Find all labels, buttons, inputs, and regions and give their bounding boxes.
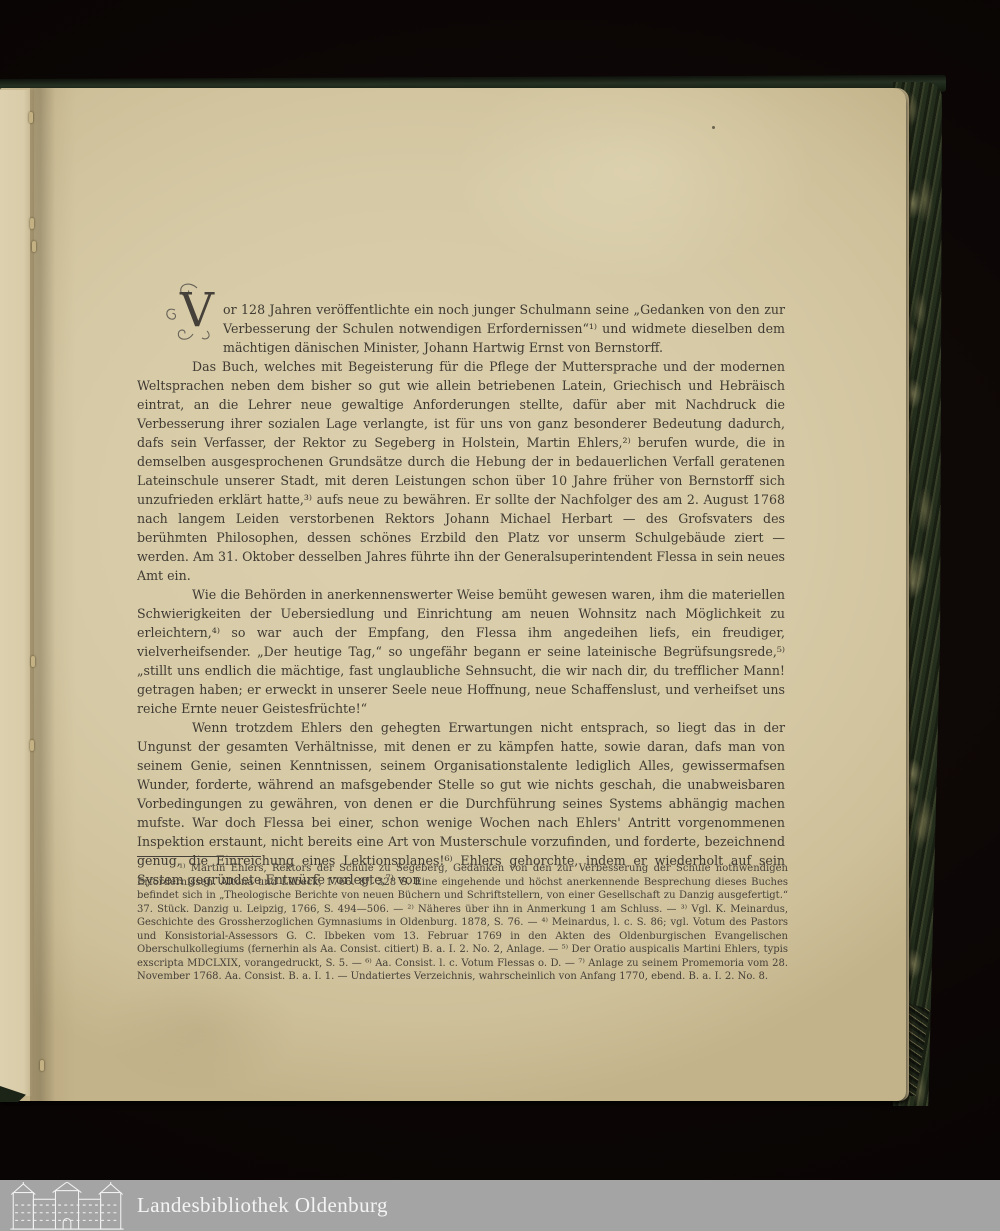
footnote-separator: [137, 856, 261, 857]
stitch-mark: [29, 112, 33, 123]
drop-cap: V: [137, 300, 223, 340]
gutter-crease: [30, 88, 76, 1101]
paragraph: Wie die Behörden in anerkennenswerter We…: [137, 585, 785, 718]
library-name: Landesbibliothek Oldenburg: [137, 1180, 388, 1231]
stitch-mark: [32, 241, 36, 252]
paragraph: Das Buch, welches mit Begeisterung für d…: [137, 357, 785, 585]
library-footer-bar: Landesbibliothek Oldenburg: [0, 1180, 1000, 1231]
facing-page-strip: [0, 90, 34, 1096]
book-scan: Vor 128 Jahren veröffentlichte ein noch …: [0, 0, 1000, 1231]
library-building-icon: [8, 1182, 126, 1230]
stitch-mark: [40, 1060, 44, 1071]
paragraph-text: or 128 Jahren veröffentlichte ein noch j…: [223, 302, 785, 355]
footnote-block: ¹⁾ Martin Ehlers, Rektors der Schule zu …: [137, 862, 788, 984]
stitch-mark: [31, 656, 35, 667]
stitch-mark: [30, 218, 34, 229]
stitch-mark: [30, 740, 34, 751]
page-text: Vor 128 Jahren veröffentlichte ein noch …: [137, 300, 785, 889]
dropcap-flourish-icon: V: [163, 284, 225, 340]
paragraph: Vor 128 Jahren veröffentlichte ein noch …: [137, 300, 785, 357]
svg-text:V: V: [179, 283, 215, 338]
paper-speck: [712, 126, 715, 129]
